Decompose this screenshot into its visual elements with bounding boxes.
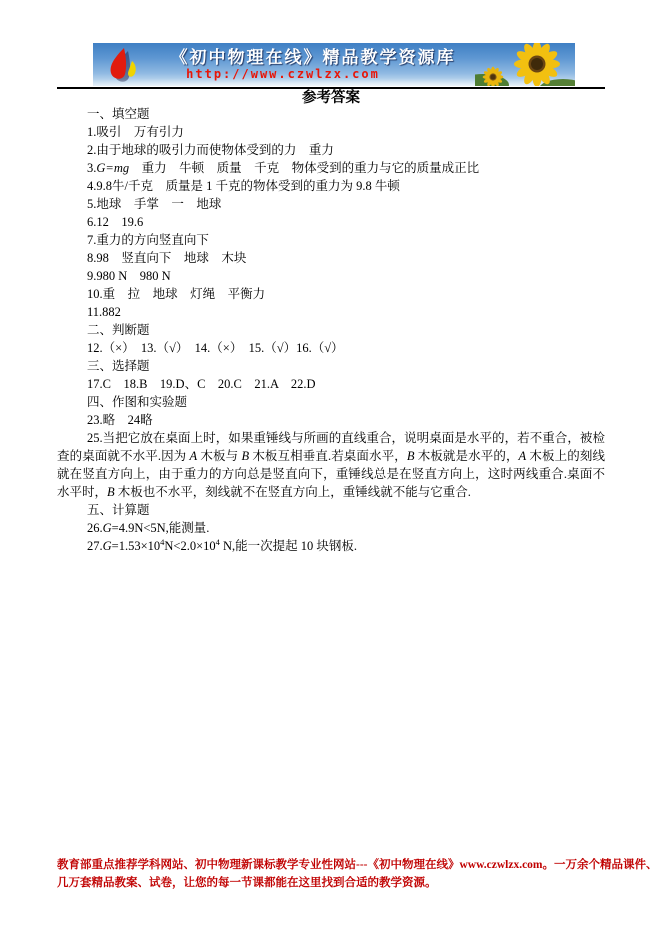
section-heading-judgment: 二、判断题 (57, 321, 605, 339)
gravity-variable: G (103, 521, 112, 535)
answer-27-text: =1.53×10 (112, 539, 160, 553)
answer-1: 1.吸引 万有引力 (57, 123, 605, 141)
site-banner: 《初中物理在线》精品教学资源库 http://www.czwlzx.com (93, 43, 575, 86)
section-heading-calculation: 五、计算题 (57, 501, 605, 519)
answer-26: 26.G=4.9N<5N,能测量. (57, 519, 605, 537)
answer-3-number: 3. (87, 161, 96, 175)
answer-25-text: 木板与 (197, 449, 241, 463)
answer-3-formula: G=mg (96, 161, 129, 175)
answer-3-rest: 重力 牛顿 质量 千克 物体受到的重力与它的质量成正比 (129, 161, 479, 175)
section-heading-drawing-experiment: 四、作图和实验题 (57, 393, 605, 411)
answer-27: 27.G=1.53×104N<2.0×104 N,能一次提起 10 块钢板. (57, 537, 605, 555)
answer-27-number: 27. (87, 539, 103, 553)
answer-26-number: 26. (87, 521, 103, 535)
answer-11: 11.882 (57, 303, 605, 321)
answers-12-16: 12.（×） 13.（√） 14.（×） 15.（√）16.（√） (57, 339, 605, 357)
answer-25-text: 木板也不水平，刻线就不在竖直方向上，重锤线就不能与它重合. (115, 485, 471, 499)
footer-line-2: 几万套精品教案、试卷，让您的每一节课都能在这里找到合适的教学资源。 (57, 874, 605, 892)
section-heading-fill-in: 一、填空题 (57, 105, 605, 123)
document-page: 《初中物理在线》精品教学资源库 http://www.czwlzx.com (0, 0, 661, 936)
answer-5: 5.地球 手掌 一 地球 (57, 195, 605, 213)
answer-4: 4.9.8牛/千克 质量是 1 千克的物体受到的重力为 9.8 牛顿 (57, 177, 605, 195)
footer-line-1: 教育部重点推荐学科网站、初中物理新课标教学专业性网站---《初中物理在线》www… (57, 856, 605, 874)
gravity-variable: G (103, 539, 112, 553)
answer-7: 7.重力的方向竖直向下 (57, 231, 605, 249)
section-heading-choice: 三、选择题 (57, 357, 605, 375)
answer-27-text: N,能一次提起 10 块钢板. (220, 539, 357, 553)
sunflower-icon (475, 43, 575, 86)
answer-10: 10.重 拉 地球 灯绳 平衡力 (57, 285, 605, 303)
banner-title: 《初中物理在线》精品教学资源库 (151, 49, 475, 66)
divider-rule (57, 87, 605, 89)
answer-9: 9.980 N 980 N (57, 267, 605, 285)
answers-23-24: 23.略 24略 (57, 411, 605, 429)
answers-17-22: 17.C 18.B 19.D、C 20.C 21.A 22.D (57, 375, 605, 393)
answer-25: 25.当把它放在桌面上时，如果重锤线与所画的直线重合，说明桌面是水平的，若不重合… (57, 429, 605, 501)
answer-27-text: N<2.0×10 (164, 539, 215, 553)
answer-26-text: =4.9N<5N,能测量. (112, 521, 210, 535)
answer-3: 3.G=mg 重力 牛顿 质量 千克 物体受到的重力与它的质量成正比 (57, 159, 605, 177)
answer-25-text: 木板就是水平的， (414, 449, 518, 463)
answer-8: 8.98 竖直向下 地球 木块 (57, 249, 605, 267)
banner-url: http://www.czwlzx.com (151, 68, 415, 80)
footer-promo: 教育部重点推荐学科网站、初中物理新课标教学专业性网站---《初中物理在线》www… (57, 856, 605, 892)
board-b-label: B (241, 449, 249, 463)
page-title: 参考答案 (57, 90, 605, 106)
answers-body: 一、填空题 1.吸引 万有引力 2.由于地球的吸引力而使物体受到的力 重力 3.… (57, 105, 605, 555)
sunflower-photo (475, 43, 575, 86)
answer-25-text: 木板互相垂直.若桌面水平， (249, 449, 407, 463)
board-b-label: B (107, 485, 115, 499)
answer-6: 6.12 19.6 (57, 213, 605, 231)
answer-2: 2.由于地球的吸引力而使物体受到的力 重力 (57, 141, 605, 159)
